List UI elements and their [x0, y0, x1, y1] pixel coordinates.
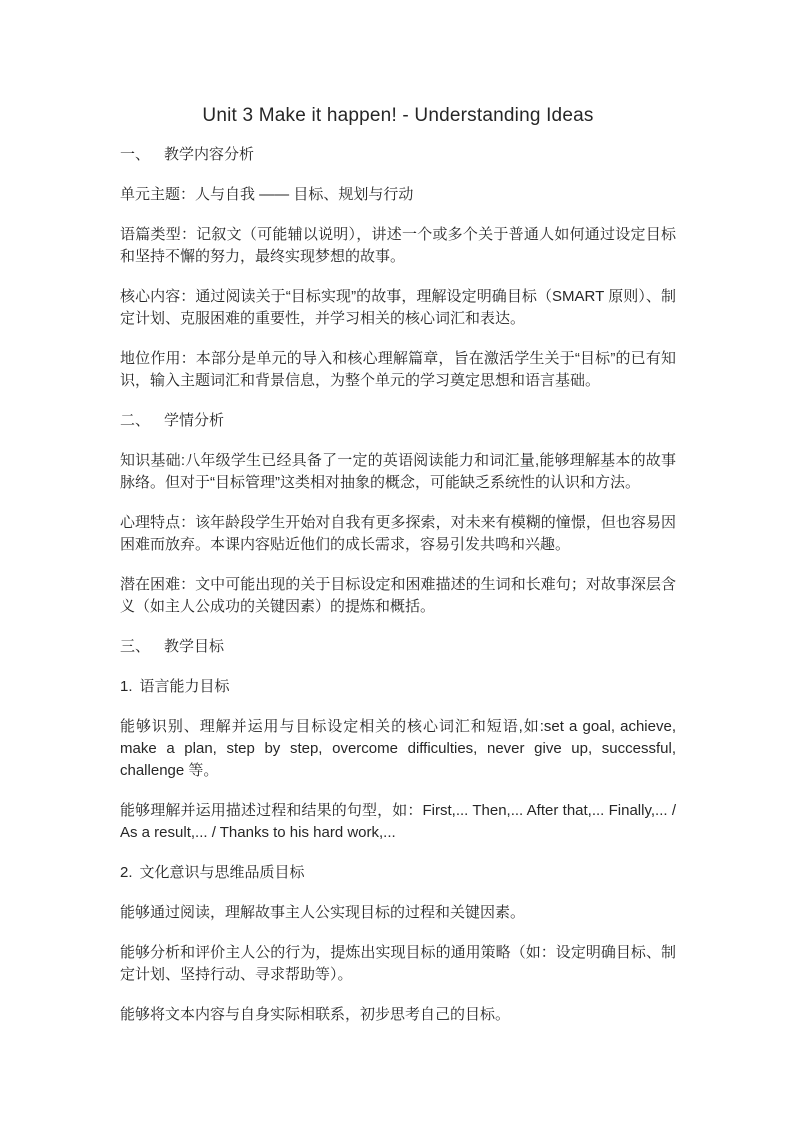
paragraph-role-position: 地位作用：本部分是单元的导入和核心理解篇章，旨在激活学生关于“目标”的已有知识，… [120, 348, 676, 392]
paragraph-unit-theme: 单元主题：人与自我 —— 目标、规划与行动 [120, 184, 676, 206]
document-page: Unit 3 Make it happen! - Understanding I… [0, 0, 794, 1123]
paragraph-reading-comprehension-goal: 能够通过阅读，理解故事主人公实现目标的过程和关键因素。 [120, 902, 676, 924]
section-number: 三、 [120, 636, 150, 658]
subsection-number: 1. [120, 676, 133, 698]
paragraph-knowledge-base: 知识基础:八年级学生已经具备了一定的英语阅读能力和词汇量,能够理解基本的故事脉络… [120, 450, 676, 494]
subsection-heading-culture-thinking: 2.文化意识与思维品质目标 [120, 862, 676, 884]
section-title: 教学内容分析 [164, 146, 254, 163]
section-heading-learner-analysis: 二、学情分析 [120, 410, 676, 432]
section-number: 一、 [120, 144, 150, 166]
section-title: 学情分析 [164, 412, 224, 429]
subsection-title: 文化意识与思维品质目标 [140, 864, 305, 881]
subsection-heading-language-ability: 1.语言能力目标 [120, 676, 676, 698]
paragraph-psychological-traits: 心理特点：该年龄段学生开始对自我有更多探索，对未来有模糊的憧憬，但也容易因困难而… [120, 512, 676, 556]
subsection-number: 2. [120, 862, 133, 884]
section-title: 教学目标 [164, 638, 224, 655]
section-heading-content-analysis: 一、教学内容分析 [120, 144, 676, 166]
paragraph-text-type: 语篇类型：记叙文（可能辅以说明），讲述一个或多个关于普通人如何通过设定目标和坚持… [120, 224, 676, 268]
paragraph-potential-difficulties: 潜在困难：文中可能出现的关于目标设定和困难描述的生词和长难句；对故事深层含义（如… [120, 574, 676, 618]
paragraph-sentence-patterns-goal: 能够理解并运用描述过程和结果的句型，如：First,... Then,... A… [120, 800, 676, 844]
subsection-title: 语言能力目标 [140, 678, 230, 695]
section-heading-teaching-objectives: 三、教学目标 [120, 636, 676, 658]
section-number: 二、 [120, 410, 150, 432]
document-title: Unit 3 Make it happen! - Understanding I… [120, 104, 676, 128]
paragraph-self-connection-goal: 能够将文本内容与自身实际相联系，初步思考自己的目标。 [120, 1004, 676, 1026]
paragraph-strategy-analysis-goal: 能够分析和评价主人公的行为，提炼出实现目标的通用策略（如：设定明确目标、制定计划… [120, 942, 676, 986]
paragraph-vocabulary-goal: 能够识别、理解并运用与目标设定相关的核心词汇和短语,如:set a goal, … [120, 716, 676, 782]
paragraph-core-content: 核心内容：通过阅读关于“目标实现”的故事，理解设定明确目标（SMART 原则）、… [120, 286, 676, 330]
